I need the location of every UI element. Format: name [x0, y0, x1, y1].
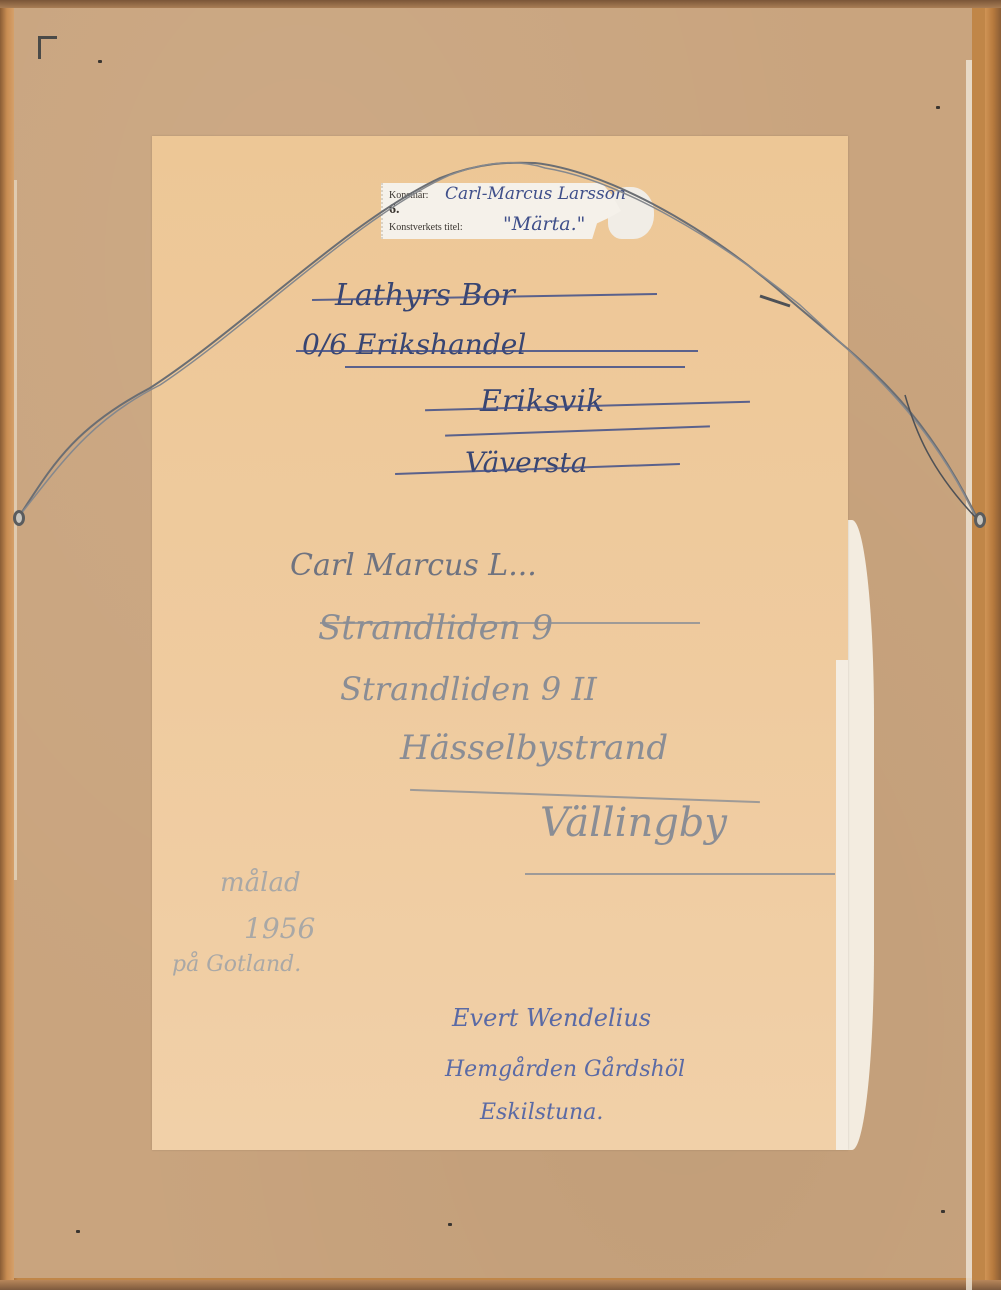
- staple-icon: [448, 1223, 452, 1226]
- signature-name: Evert Wendelius: [452, 1004, 651, 1032]
- label-title-key: Konstverkets titel:: [389, 222, 463, 233]
- underline: [525, 873, 835, 875]
- strike-line: [345, 366, 685, 368]
- painted-label: målad: [220, 868, 301, 898]
- signature-city: Eskilstuna.: [480, 1100, 603, 1125]
- frame-bottom-rail: [0, 1280, 1001, 1290]
- pencil-address: Strandliden 9 II: [340, 670, 597, 708]
- struck-note-4: Väversta: [465, 446, 587, 479]
- staple-icon: [941, 1210, 945, 1213]
- staple-icon: [76, 1230, 80, 1233]
- pencil-district: Hässelbystrand: [400, 728, 668, 768]
- label-title-value: "Märta.": [503, 213, 585, 235]
- label-artist-value: Carl-Marcus Larsson: [445, 184, 626, 204]
- pencil-name: Carl Marcus L...: [290, 548, 537, 583]
- staple-icon: [936, 106, 940, 109]
- label-artist-key: Konstnär:: [389, 190, 428, 201]
- struck-note-3: Eriksvik: [480, 384, 604, 419]
- staple-icon: [98, 60, 102, 63]
- label-number: 6.: [389, 202, 400, 218]
- backing-left-edge: [14, 180, 17, 880]
- right-screw-eye-icon: [974, 512, 986, 528]
- left-screw-eye-icon: [13, 510, 25, 526]
- pencil-address-struck: Strandliden 9: [318, 608, 553, 648]
- painted-year: 1956: [244, 912, 315, 945]
- pencil-city: Vällingby: [540, 800, 727, 846]
- frame-left-rail: [0, 0, 14, 1290]
- signature-address: Hemgården Gårdshöl: [445, 1057, 685, 1082]
- frame-right-rail: [985, 0, 1001, 1290]
- backing-right-edge: [966, 60, 972, 1290]
- painted-location: på Gotland.: [172, 952, 301, 977]
- struck-note-2: 0/6 Erikshandel: [302, 328, 526, 361]
- white-sheet-edge: [836, 660, 848, 1150]
- frame-top-rail: [0, 0, 1001, 8]
- strike-line: [320, 622, 700, 624]
- strike-line: [296, 350, 698, 352]
- corner-bracket-icon: [38, 36, 57, 59]
